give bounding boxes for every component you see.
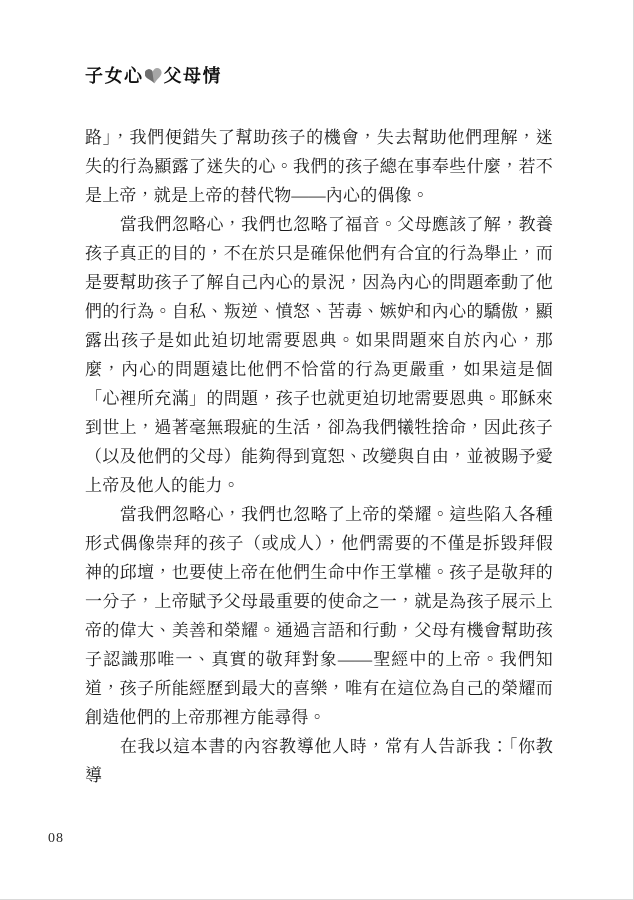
paragraph: 當我們忽略心，我們也忽略了福音。父母應該了解，教養孩子真正的目的，不在於只是確保… bbox=[85, 210, 553, 500]
running-head-prefix: 子女心 bbox=[85, 62, 144, 88]
running-head: 子女心 父母情 bbox=[85, 62, 222, 88]
paragraph: 當我們忽略心，我們也忽略了上帝的榮耀。這些陷入各種形式偶像崇拜的孩子（或成人），… bbox=[85, 500, 553, 732]
page-number: 08 bbox=[48, 831, 64, 847]
heart-icon bbox=[145, 68, 162, 84]
paragraph-continuation: 路」，我們便錯失了幫助孩子的機會，失去幫助他們理解，迷失的行為顯露了迷失的心。我… bbox=[85, 123, 553, 210]
paragraph: 在我以這本書的內容教導他人時，常有人告訴我：「你教導 bbox=[85, 732, 553, 790]
book-page: 子女心 父母情 路」，我們便錯失了幫助孩子的機會，失去幫助他們理解，迷失的行為顯… bbox=[0, 0, 634, 900]
running-head-suffix: 父母情 bbox=[164, 62, 223, 88]
body-text: 路」，我們便錯失了幫助孩子的機會，失去幫助他們理解，迷失的行為顯露了迷失的心。我… bbox=[85, 123, 553, 790]
